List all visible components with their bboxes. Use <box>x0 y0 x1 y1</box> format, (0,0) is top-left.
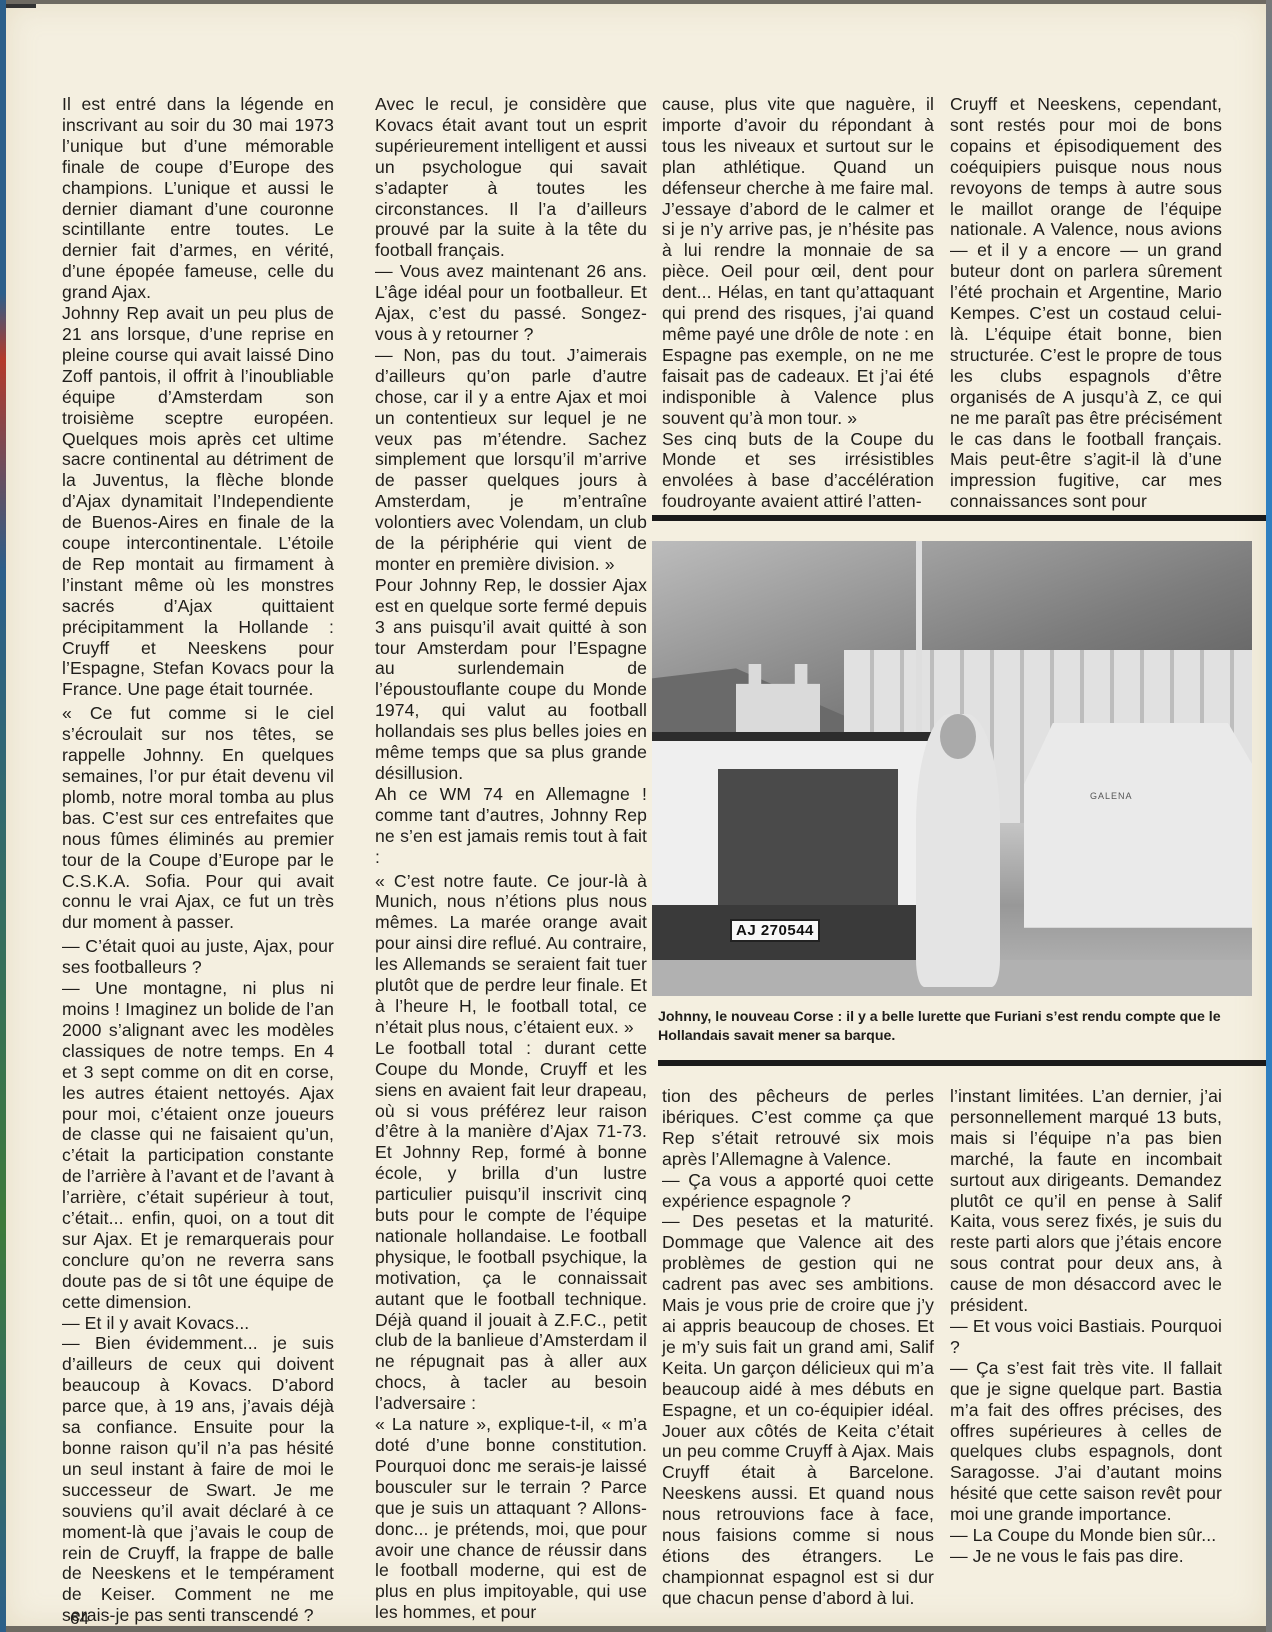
paragraph: — Bien évidemment... je suis d’ailleurs … <box>62 1333 334 1626</box>
divider-rule-bottom <box>658 1060 1266 1066</box>
paragraph: « C’est notre faute. Ce jour-là à Munich… <box>375 871 647 1038</box>
paragraph: Pour Johnny Rep, le dossier Ajax est en … <box>375 575 647 784</box>
paragraph: Ah ce WM 74 en Allemagne ! comme tant d’… <box>375 784 647 868</box>
paragraph: — Une montagne, ni plus ni moins ! Imagi… <box>62 978 334 1313</box>
paragraph: — La Coupe du Monde bien sûr... <box>950 1525 1222 1546</box>
photo-caption: Johnny, le nouveau Corse : il y a belle … <box>658 1008 1248 1046</box>
article-column-1: Il est entré dans la légende en inscriva… <box>62 94 334 1626</box>
paragraph: — C’était quoi au juste, Ajax, pour ses … <box>62 936 334 978</box>
paragraph: cause, plus vite que naguère, il importe… <box>662 94 934 429</box>
boat-registration-plate: AJ 270544 <box>730 919 820 942</box>
paragraph: Ses cinq buts de la Coupe du Monde et se… <box>662 429 934 513</box>
article-column-4-top: Cruyff et Neeskens, cependant, sont rest… <box>950 94 1222 512</box>
paragraph: — Et vous voici Bastiais. Pourquoi ? <box>950 1316 1222 1358</box>
paragraph: tion des pêcheurs de perles ibériques. C… <box>662 1086 934 1170</box>
article-column-3-bottom: tion des pêcheurs de perles ibériques. C… <box>662 1086 934 1609</box>
paragraph: — Vous avez maintenant 26 ans. L’âge idé… <box>375 261 647 345</box>
page-corner-mark <box>6 4 36 8</box>
yacht-name: GALENA <box>1090 791 1133 801</box>
paragraph: Cruyff et Neeskens, cependant, sont rest… <box>950 94 1222 512</box>
article-column-3-top: cause, plus vite que naguère, il importe… <box>662 94 934 512</box>
paragraph: — Ça vous a apporté quoi cette expérienc… <box>662 1170 934 1212</box>
paragraph: Le football total : durant cette Coupe d… <box>375 1038 647 1414</box>
page-number: 64 <box>70 1609 89 1629</box>
paragraph: l’instant limitées. L’an dernier, j’ai p… <box>950 1086 1222 1316</box>
paragraph: — Et il y avait Kovacs... <box>62 1313 334 1334</box>
paragraph: Il est entré dans la légende en inscriva… <box>62 94 334 303</box>
article-column-4-bottom: l’instant limitées. L’an dernier, j’ai p… <box>950 1086 1222 1567</box>
paragraph: — Ça s’est fait très vite. Il fallait qu… <box>950 1358 1222 1525</box>
page-edge-right <box>1266 0 1272 1632</box>
photo-yacht <box>1024 723 1252 928</box>
paragraph: — Des pesetas et la maturité. Dommage qu… <box>662 1211 934 1608</box>
paragraph: Johnny Rep avait un peu plus de 21 ans l… <box>62 303 334 700</box>
paragraph: « Ce fut comme si le ciel s’écroulait su… <box>62 703 334 933</box>
paragraph: Avec le recul, je considère que Kovacs é… <box>375 94 647 261</box>
article-column-2: Avec le recul, je considère que Kovacs é… <box>375 94 647 1623</box>
magazine-page: Il est entré dans la légende en inscriva… <box>6 4 1266 1626</box>
divider-rule-top <box>652 515 1266 521</box>
paragraph: — Non, pas du tout. J’aimerais d’ailleur… <box>375 345 647 575</box>
paragraph: — Je ne vous le fais pas dire. <box>950 1546 1222 1567</box>
photo-boat-window <box>718 769 898 915</box>
paragraph: « La nature », explique-t-il, « m’a doté… <box>375 1414 647 1623</box>
photo-person-head <box>940 714 976 760</box>
harbour-photo: GALENA AJ 270544 <box>652 541 1252 996</box>
